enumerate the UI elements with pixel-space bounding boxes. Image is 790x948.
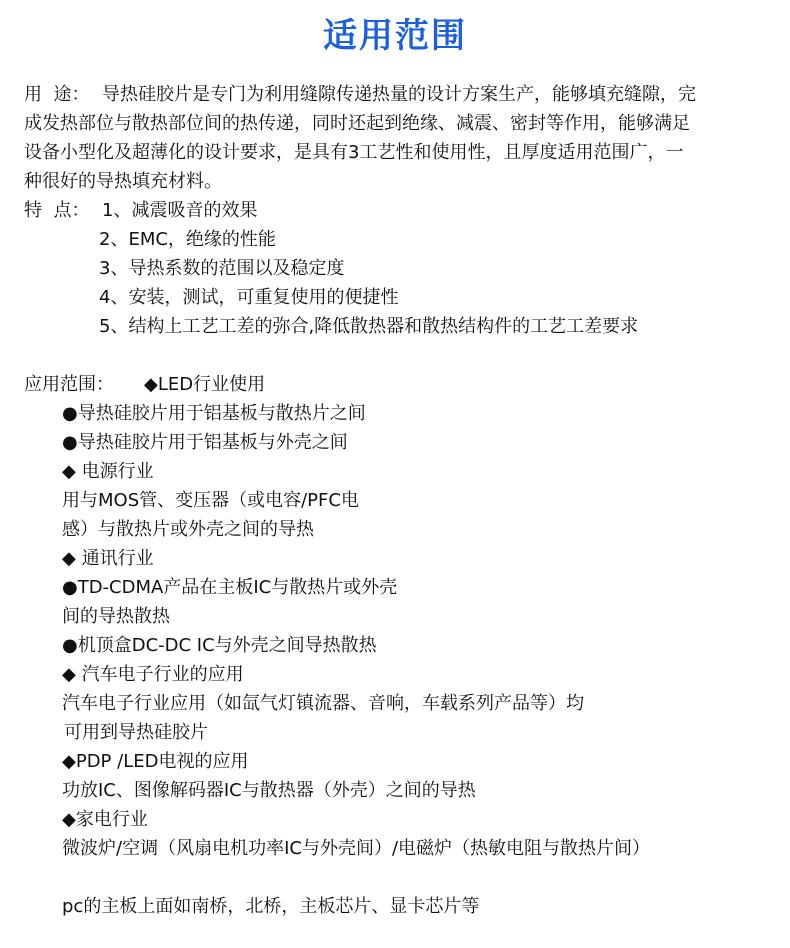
application-line-9: ●机顶盒DC-DC IC与外壳之间导热散热	[62, 635, 377, 657]
application-line-10: ◆ 汽车电子行业的应用	[62, 664, 244, 686]
application-line-5: 感）与散热片或外壳之间的导热	[62, 519, 314, 541]
feature-item-3: 3、导热系数的范围以及稳定度	[99, 258, 344, 280]
application-line-6: ◆ 通讯行业	[62, 548, 154, 570]
usage-line-2: 成发热部位与散热部位间的热传递，同时还起到绝缘、减震、密封等作用，能够满足	[24, 113, 690, 135]
applications-label: 应用范围：	[24, 374, 114, 396]
application-line-14: 功放IC、图像解码器IC与散热器（外壳）之间的导热	[62, 780, 476, 802]
usage-line-1: 导热硅胶片是专门为利用缝隙传递热量的设计方案生产，能够填充缝隙，完	[102, 84, 696, 106]
page-title: 适用范围	[0, 14, 790, 58]
application-line-16: 微波炉/空调（风扇电机功率IC与外壳间）/电磁炉（热敏电阻与散热片间）	[62, 838, 650, 860]
application-line-3: ◆ 电源行业	[62, 461, 154, 483]
features-label-text: 特 点：	[24, 200, 89, 221]
feature-item-4: 4、安装，测试，可重复使用的便捷性	[99, 287, 398, 309]
application-footer: pc的主板上面如南桥，北桥，主板芯片、显卡芯片等	[62, 896, 479, 918]
application-line-13: ◆PDP /LED电视的应用	[62, 751, 248, 773]
feature-item-1: 1、减震吸音的效果	[102, 200, 257, 222]
application-line-4: 用与MOS管、变压器（或电容/PFC电	[62, 490, 359, 512]
application-line-15: ◆家电行业	[62, 809, 148, 831]
application-line-1: ●导热硅胶片用于铝基板与散热片之间	[62, 403, 366, 425]
application-line-12: 可用到导热硅胶片	[64, 722, 208, 744]
feature-item-5: 5、结构上工艺工差的弥合,降低散热器和散热结构件的工艺工差要求	[99, 316, 638, 338]
application-line-11: 汽车电子行业应用（如氙气灯镇流器、音响，车载系列产品等）均	[62, 693, 584, 715]
application-line-8: 间的导热散热	[62, 606, 170, 628]
application-led-heading: ◆LED行业使用	[144, 374, 265, 396]
features-label: 特 点：	[24, 200, 89, 222]
usage-label-text: 用 途：	[24, 84, 89, 105]
feature-item-2: 2、EMC，绝缘的性能	[99, 229, 276, 251]
usage-line-3: 设备小型化及超薄化的设计要求，是具有3工艺性和使用性，且厚度适用范围广，一	[24, 142, 683, 164]
usage-line-4: 种很好的导热填充材料。	[24, 171, 222, 193]
usage-label: 用 途：	[24, 84, 89, 106]
application-line-2: ●导热硅胶片用于铝基板与外壳之间	[62, 432, 348, 454]
application-line-7: ●TD-CDMA产品在主板IC与散热片或外壳	[62, 577, 397, 599]
